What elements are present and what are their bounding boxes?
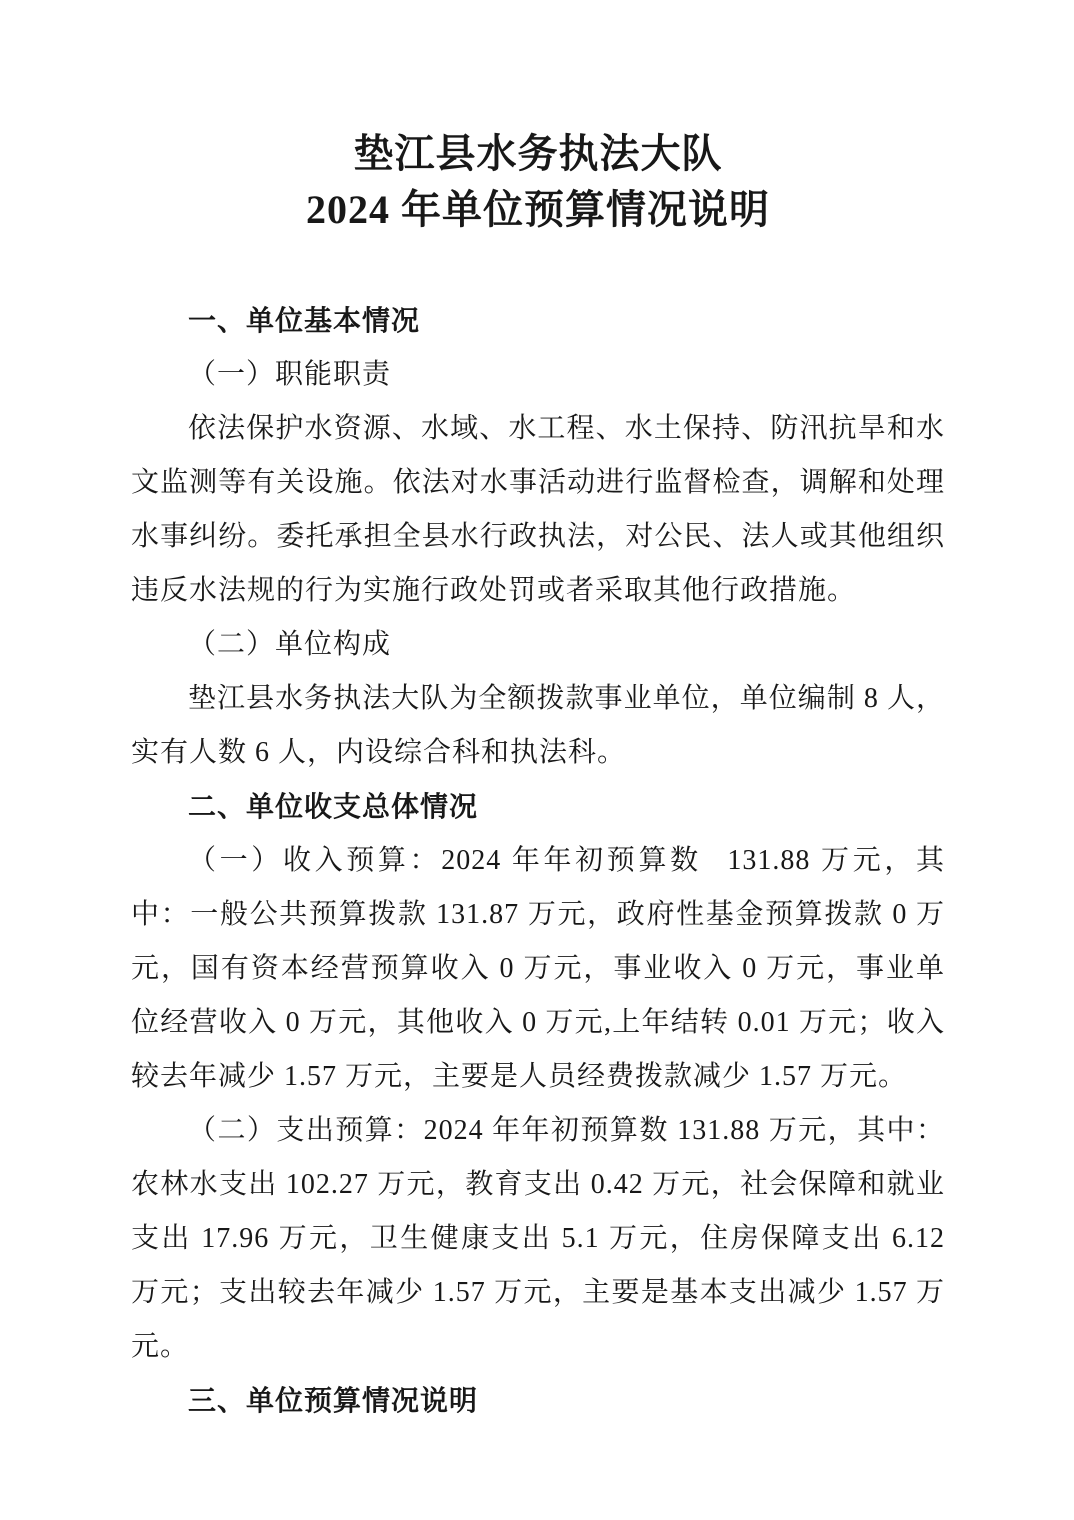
doc-title: 垫江县水务执法大队 2024 年单位预算情况说明 — [131, 126, 945, 238]
subsection-heading-1-1: （一）职能职责 — [131, 348, 945, 402]
paragraph-expenditure-budget: （二）支出预算：2024 年年初预算数 131.88 万元，其中：农林水支出 1… — [131, 1104, 945, 1374]
paragraph-duties: 依法保护水资源、水域、水工程、水土保持、防汛抗旱和水文监测等有关设施。依法对水事… — [131, 402, 945, 618]
subsection-heading-1-2: （二）单位构成 — [131, 618, 945, 672]
section-heading-2: 二、单位收支总体情况 — [131, 780, 945, 834]
paragraph-revenue-budget: （一）收入预算：2024 年年初预算数 131.88 万元，其中：一般公共预算拨… — [131, 834, 945, 1104]
paragraph-composition: 垫江县水务执法大队为全额拨款事业单位，单位编制 8 人，实有人数 6 人，内设综… — [131, 672, 945, 780]
section-heading-3: 三、单位预算情况说明 — [131, 1374, 945, 1428]
section-heading-1: 一、单位基本情况 — [131, 294, 945, 348]
document-page: 垫江县水务执法大队 2024 年单位预算情况说明 一、单位基本情况 （一）职能职… — [0, 0, 1074, 1520]
doc-title-line-2: 2024 年单位预算情况说明 — [131, 182, 945, 238]
doc-title-line-1: 垫江县水务执法大队 — [131, 126, 945, 182]
